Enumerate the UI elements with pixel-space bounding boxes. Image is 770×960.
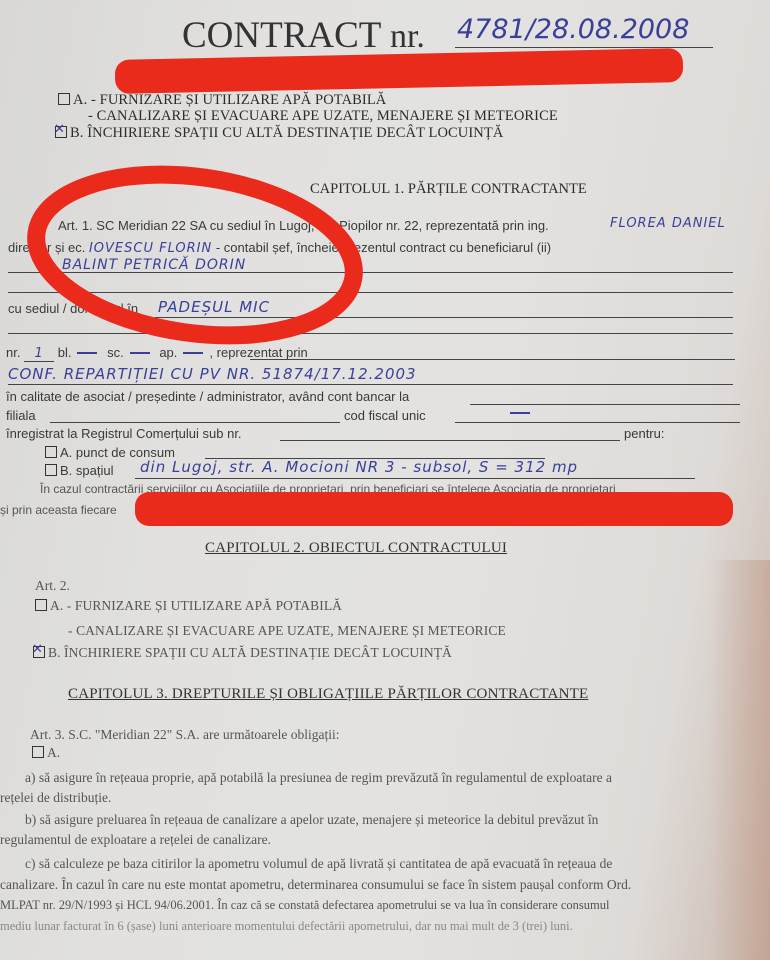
- contract-title: CONTRACT nr.: [182, 14, 425, 57]
- chapter2-title: CAPITOLUL 2. OBIECTUL CONTRACTULUI: [205, 540, 507, 557]
- obj-option-b: B. ÎNCHIRIERE SPAȚII CU ALTĂ DESTINAȚIE …: [33, 645, 452, 661]
- item-c-line3: MLPAT nr. 29/N/1993 și HCL 94/06.2001. Î…: [0, 898, 609, 913]
- header-option-a: A. - FURNIZARE ȘI UTILIZARE APĂ POTABILĂ: [58, 92, 386, 109]
- red-circle-annotation: [20, 160, 380, 360]
- checkbox-b-checked[interactable]: [55, 126, 67, 138]
- checkbox-a[interactable]: [58, 93, 70, 105]
- fiscal-code-label: cod fiscal unic: [344, 408, 426, 423]
- field-line: [50, 422, 340, 423]
- branch-label: filiala: [6, 408, 36, 423]
- field-line: [280, 440, 620, 441]
- checkbox-consumption-point[interactable]: [45, 446, 57, 458]
- note-line2: și prin aceasta fiecare: [0, 503, 117, 517]
- redaction-mark-bottom: [135, 492, 733, 526]
- option-b-space: B. spațiul: [45, 463, 113, 478]
- header-option-b: B. ÎNCHIRIERE SPAȚII CU ALTĂ DESTINAȚIE …: [55, 125, 503, 142]
- header-option-a-line2: - CANALIZARE ȘI EVACUARE APE UZATE, MENA…: [88, 108, 558, 125]
- for-label: pentru:: [624, 426, 664, 441]
- checkbox-obj-a[interactable]: [35, 599, 47, 611]
- checkbox-section-a[interactable]: [32, 746, 44, 758]
- field-line: [470, 404, 740, 405]
- item-a-line1: a) să asigure în rețeaua proprie, apă po…: [25, 770, 612, 786]
- registry-label: înregistrat la Registrul Comerțului sub …: [6, 426, 242, 441]
- item-a-line2: rețelei de distribuție.: [0, 790, 111, 806]
- paper-shadow: [710, 560, 770, 960]
- item-c-line1: c) să calculeze pe baza citirilor la apo…: [25, 856, 612, 872]
- field-line: [455, 422, 740, 423]
- contract-number-handwritten: 4781/28.08.2008: [455, 14, 713, 48]
- field-line: [8, 384, 733, 385]
- director-name: FLOREA DANIEL: [610, 216, 726, 231]
- item-b-line1: b) să asigure preluarea în rețeaua de ca…: [25, 812, 598, 828]
- item-b-line2: regulamentul de exploatare a rețelei de …: [0, 832, 271, 848]
- obj-option-a: A. - FURNIZARE ȘI UTILIZARE APĂ POTABILĂ: [35, 598, 342, 614]
- checkbox-obj-b-checked[interactable]: [33, 646, 45, 658]
- item-c-line2: canalizare. În cazul în care nu este mon…: [0, 877, 631, 893]
- represented-value: CONF. REPARTIȚIEI CU PV NR. 51874/17.12.…: [8, 365, 417, 383]
- obj-option-a-line2: - CANALIZARE ȘI EVACUARE APE UZATE, MENA…: [68, 623, 506, 639]
- art2-label: Art. 2.: [35, 578, 70, 594]
- checkbox-space[interactable]: [45, 464, 57, 476]
- item-c-line4: mediu lunar facturat în 6 (șase) luni an…: [0, 919, 573, 934]
- chapter3-title: CAPITOLUL 3. DREPTURILE ȘI OBLIGAȚIILE P…: [68, 686, 588, 703]
- space-value: din Lugoj, str. A. Mocioni NR 3 - subsol…: [140, 458, 578, 476]
- field-line: [250, 359, 735, 360]
- art3-label: Art. 3. S.C. "Meridian 22" S.A. are urmă…: [30, 727, 339, 743]
- capacity-label: în calitate de asociat / președinte / ad…: [6, 389, 409, 404]
- field-line: [135, 478, 695, 479]
- section-a: A.: [32, 745, 60, 761]
